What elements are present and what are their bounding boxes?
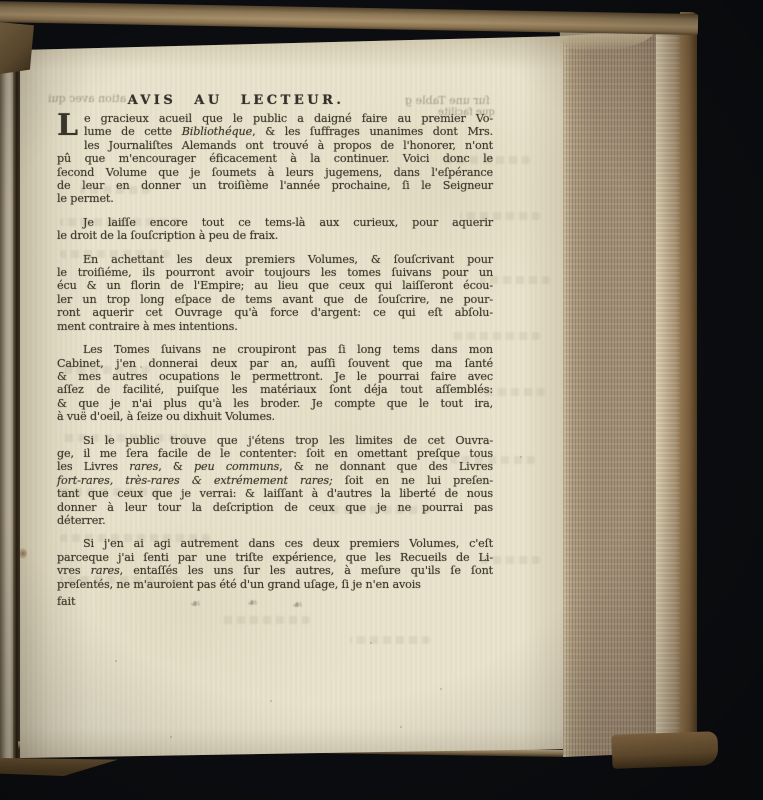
text-line: donner à leur tour la deſcription de ceu…	[57, 501, 493, 514]
text-line: & mes autres ocupations le permettront. …	[57, 370, 493, 383]
text-line: Si j'en ai agi autrement dans ces deux p…	[57, 537, 493, 550]
text-line: écu & un florin de l'Empire; au lieu que…	[57, 279, 493, 292]
text-segment: ge, il me ſera facile de le contenter: ſ…	[57, 447, 493, 460]
text-line: ront aquerir cet Ouvrage qu'à force d'ar…	[57, 306, 493, 319]
text-line: Cabinet, j'en donnerai deux par an, auſſ…	[57, 357, 493, 370]
text-line: Si le public trouve que j'étens trop les…	[57, 434, 493, 447]
italic-text-segment: Bibliothéque	[182, 125, 252, 138]
text-line: ler un trop long eſpace de tems avant qu…	[57, 293, 493, 306]
italic-text-segment: rares	[91, 564, 120, 577]
text-line: fort-rares, très-rares & extrémement rar…	[57, 474, 493, 487]
text-line: Je laiſſe encore tout ce tems-là aux cur…	[57, 216, 493, 229]
text-segment: écu & un florin de l'Empire; au lieu que…	[57, 279, 493, 292]
paragraph: Le gracieux acueil que le public a daign…	[57, 112, 493, 206]
text-line: ge, il me ſera facile de le contenter: ſ…	[57, 447, 493, 460]
text-line: déterrer.	[57, 514, 493, 527]
cover-board-edge	[680, 12, 697, 758]
text-segment: & mes autres ocupations le permettront. …	[57, 370, 493, 383]
text-segment: les Journaliſtes Alemands ont trouvé à p…	[84, 139, 493, 152]
text-segment: , &	[158, 460, 194, 473]
catchword: fait	[57, 595, 493, 608]
text-line: le droit de la ſouſcription à peu de fra…	[57, 229, 493, 242]
text-segment: Si le public trouve que j'étens trop les…	[83, 434, 493, 447]
ink-stain	[19, 548, 27, 559]
paragraph: Si le public trouve que j'étens trop les…	[57, 434, 493, 528]
text-line: le permet.	[57, 192, 493, 205]
drop-cap: L	[57, 113, 78, 139]
paragraph: Si j'en ai agi autrement dans ces deux p…	[57, 537, 493, 591]
paper-speck	[400, 726, 402, 728]
text-segment: à vuë d'oeil, à ſeize ou dixhuit Volumes…	[57, 410, 275, 423]
book-page: AVIS AU LECTEUR. Le gracieux acueil que …	[20, 36, 566, 758]
text-segment: aſſez de facilité, puiſque les matériaux…	[57, 383, 493, 396]
text-line: pû que m'encourager éficacement à la con…	[57, 152, 493, 165]
cover-corner-bottom-right	[611, 731, 718, 769]
text-segment: preſentés, ne m'auroient pas été d'un gr…	[57, 578, 421, 591]
text-segment: ſecond Volume que je ſoumets à leurs jug…	[57, 166, 493, 179]
text-line: preſentés, ne m'auroient pas été d'un gr…	[57, 578, 493, 591]
text-line: à vuë d'oeil, à ſeize ou dixhuit Volumes…	[57, 410, 493, 423]
text-segment: déterrer.	[57, 514, 106, 527]
text-segment: & que je n'ai plus qu'à les broder. Je c…	[57, 397, 493, 410]
text-line: & que je n'ai plus qu'à les broder. Je c…	[57, 397, 493, 410]
gutter-shadow	[13, 42, 21, 768]
text-segment: ſoit en ne lui preſen-	[333, 474, 493, 487]
text-line: aſſez de facilité, puiſque les matériaux…	[57, 383, 493, 396]
text-segment: vres	[57, 564, 91, 577]
ghost-show-through-smudge	[220, 616, 310, 624]
paper-speck	[270, 700, 272, 702]
text-line: les Journaliſtes Alemands ont trouvé à p…	[57, 139, 493, 152]
text-segment: ler un trop long eſpace de tems avant qu…	[57, 293, 493, 306]
text-line: e gracieux acueil que le public a daigné…	[57, 112, 493, 125]
book-top-edge	[0, 1, 698, 35]
text-line: vres rares, entaſſés les uns ſur les aut…	[57, 564, 493, 577]
text-segment: ront aquerir cet Ouvrage qu'à force d'ar…	[57, 306, 493, 319]
cover-corner-top-left	[0, 20, 34, 74]
text-segment: e gracieux acueil que le public a daigné…	[84, 112, 493, 125]
text-segment: pû que m'encourager éficacement à la con…	[57, 152, 493, 165]
text-line: lume de cette Bibliothéque, & les ſuffra…	[57, 125, 493, 138]
text-segment: tant que ceux que je verrai: & laiſſant …	[57, 487, 493, 500]
paper-speck	[440, 688, 442, 690]
text-segment: Je laiſſe encore tout ce tems-là aux cur…	[83, 216, 493, 229]
text-segment: Cabinet, j'en donnerai deux par an, auſſ…	[57, 357, 493, 370]
text-segment: En achettant les deux premiers Volumes, …	[83, 253, 493, 266]
text-column: Le gracieux acueil que le public a daign…	[57, 112, 493, 608]
text-segment: les Livres	[57, 460, 129, 473]
paper-speck	[520, 456, 522, 458]
text-segment: le droit de la ſouſcription à peu de fra…	[57, 229, 278, 242]
text-segment: lume de cette	[84, 125, 182, 138]
text-segment: le permet.	[57, 192, 114, 205]
text-segment: , & ne donnant que des Livres	[279, 460, 493, 473]
fore-edge-highlight-band	[656, 20, 682, 754]
text-line: ſecond Volume que je ſoumets à leurs jug…	[57, 166, 493, 179]
italic-text-segment: fort-rares, très-rares & extrémement rar…	[57, 474, 333, 487]
text-segment: le troiſiéme, ils pourront avoir toujour…	[57, 266, 493, 279]
facing-page-sliver	[0, 60, 14, 766]
text-segment: , & les ſuffrages unanimes dont Mrs.	[252, 125, 493, 138]
text-segment: ment contraire à mes intentions.	[57, 320, 238, 333]
text-line: les Livres rares, & peu communs, & ne do…	[57, 460, 493, 473]
paper-speck	[170, 736, 172, 738]
ghost-show-through-smudge	[350, 636, 430, 644]
text-segment: donner à leur tour la deſcription de ceu…	[57, 501, 493, 514]
text-segment: Les Tomes ſuivans ne croupiront pas ſi l…	[83, 343, 493, 356]
italic-text-segment: peu communs	[194, 460, 279, 473]
photo-background: AVIS AU LECTEUR. Le gracieux acueil que …	[0, 0, 763, 800]
paragraph: Les Tomes ſuivans ne croupiront pas ſi l…	[57, 343, 493, 423]
text-line: Les Tomes ſuivans ne croupiront pas ſi l…	[57, 343, 493, 356]
text-segment: de leur en donner un troiſième l'année p…	[57, 179, 493, 192]
text-line: parceque j'ai ſenti par une triſte expér…	[57, 551, 493, 564]
paragraph: Je laiſſe encore tout ce tems-là aux cur…	[57, 216, 493, 243]
text-segment: , entaſſés les uns ſur les autres, à meſ…	[120, 564, 493, 577]
text-line: ment contraire à mes intentions.	[57, 320, 493, 333]
text-line: tant que ceux que je verrai: & laiſſant …	[57, 487, 493, 500]
page-heading: AVIS AU LECTEUR.	[36, 93, 436, 108]
text-line: le troiſiéme, ils pourront avoir toujour…	[57, 266, 493, 279]
cover-edge-bottom-left	[0, 756, 118, 776]
paragraph: En achettant les deux premiers Volumes, …	[57, 253, 493, 333]
paper-speck	[370, 642, 372, 644]
text-line: de leur en donner un troiſième l'année p…	[57, 179, 493, 192]
text-segment: parceque j'ai ſenti par une triſte expér…	[57, 551, 493, 564]
paper-speck	[115, 660, 117, 662]
text-line: En achettant les deux premiers Volumes, …	[57, 253, 493, 266]
page-stack-fore-edge	[563, 29, 662, 757]
text-segment: Si j'en ai agi autrement dans ces deux p…	[83, 537, 493, 550]
italic-text-segment: rares	[129, 460, 158, 473]
